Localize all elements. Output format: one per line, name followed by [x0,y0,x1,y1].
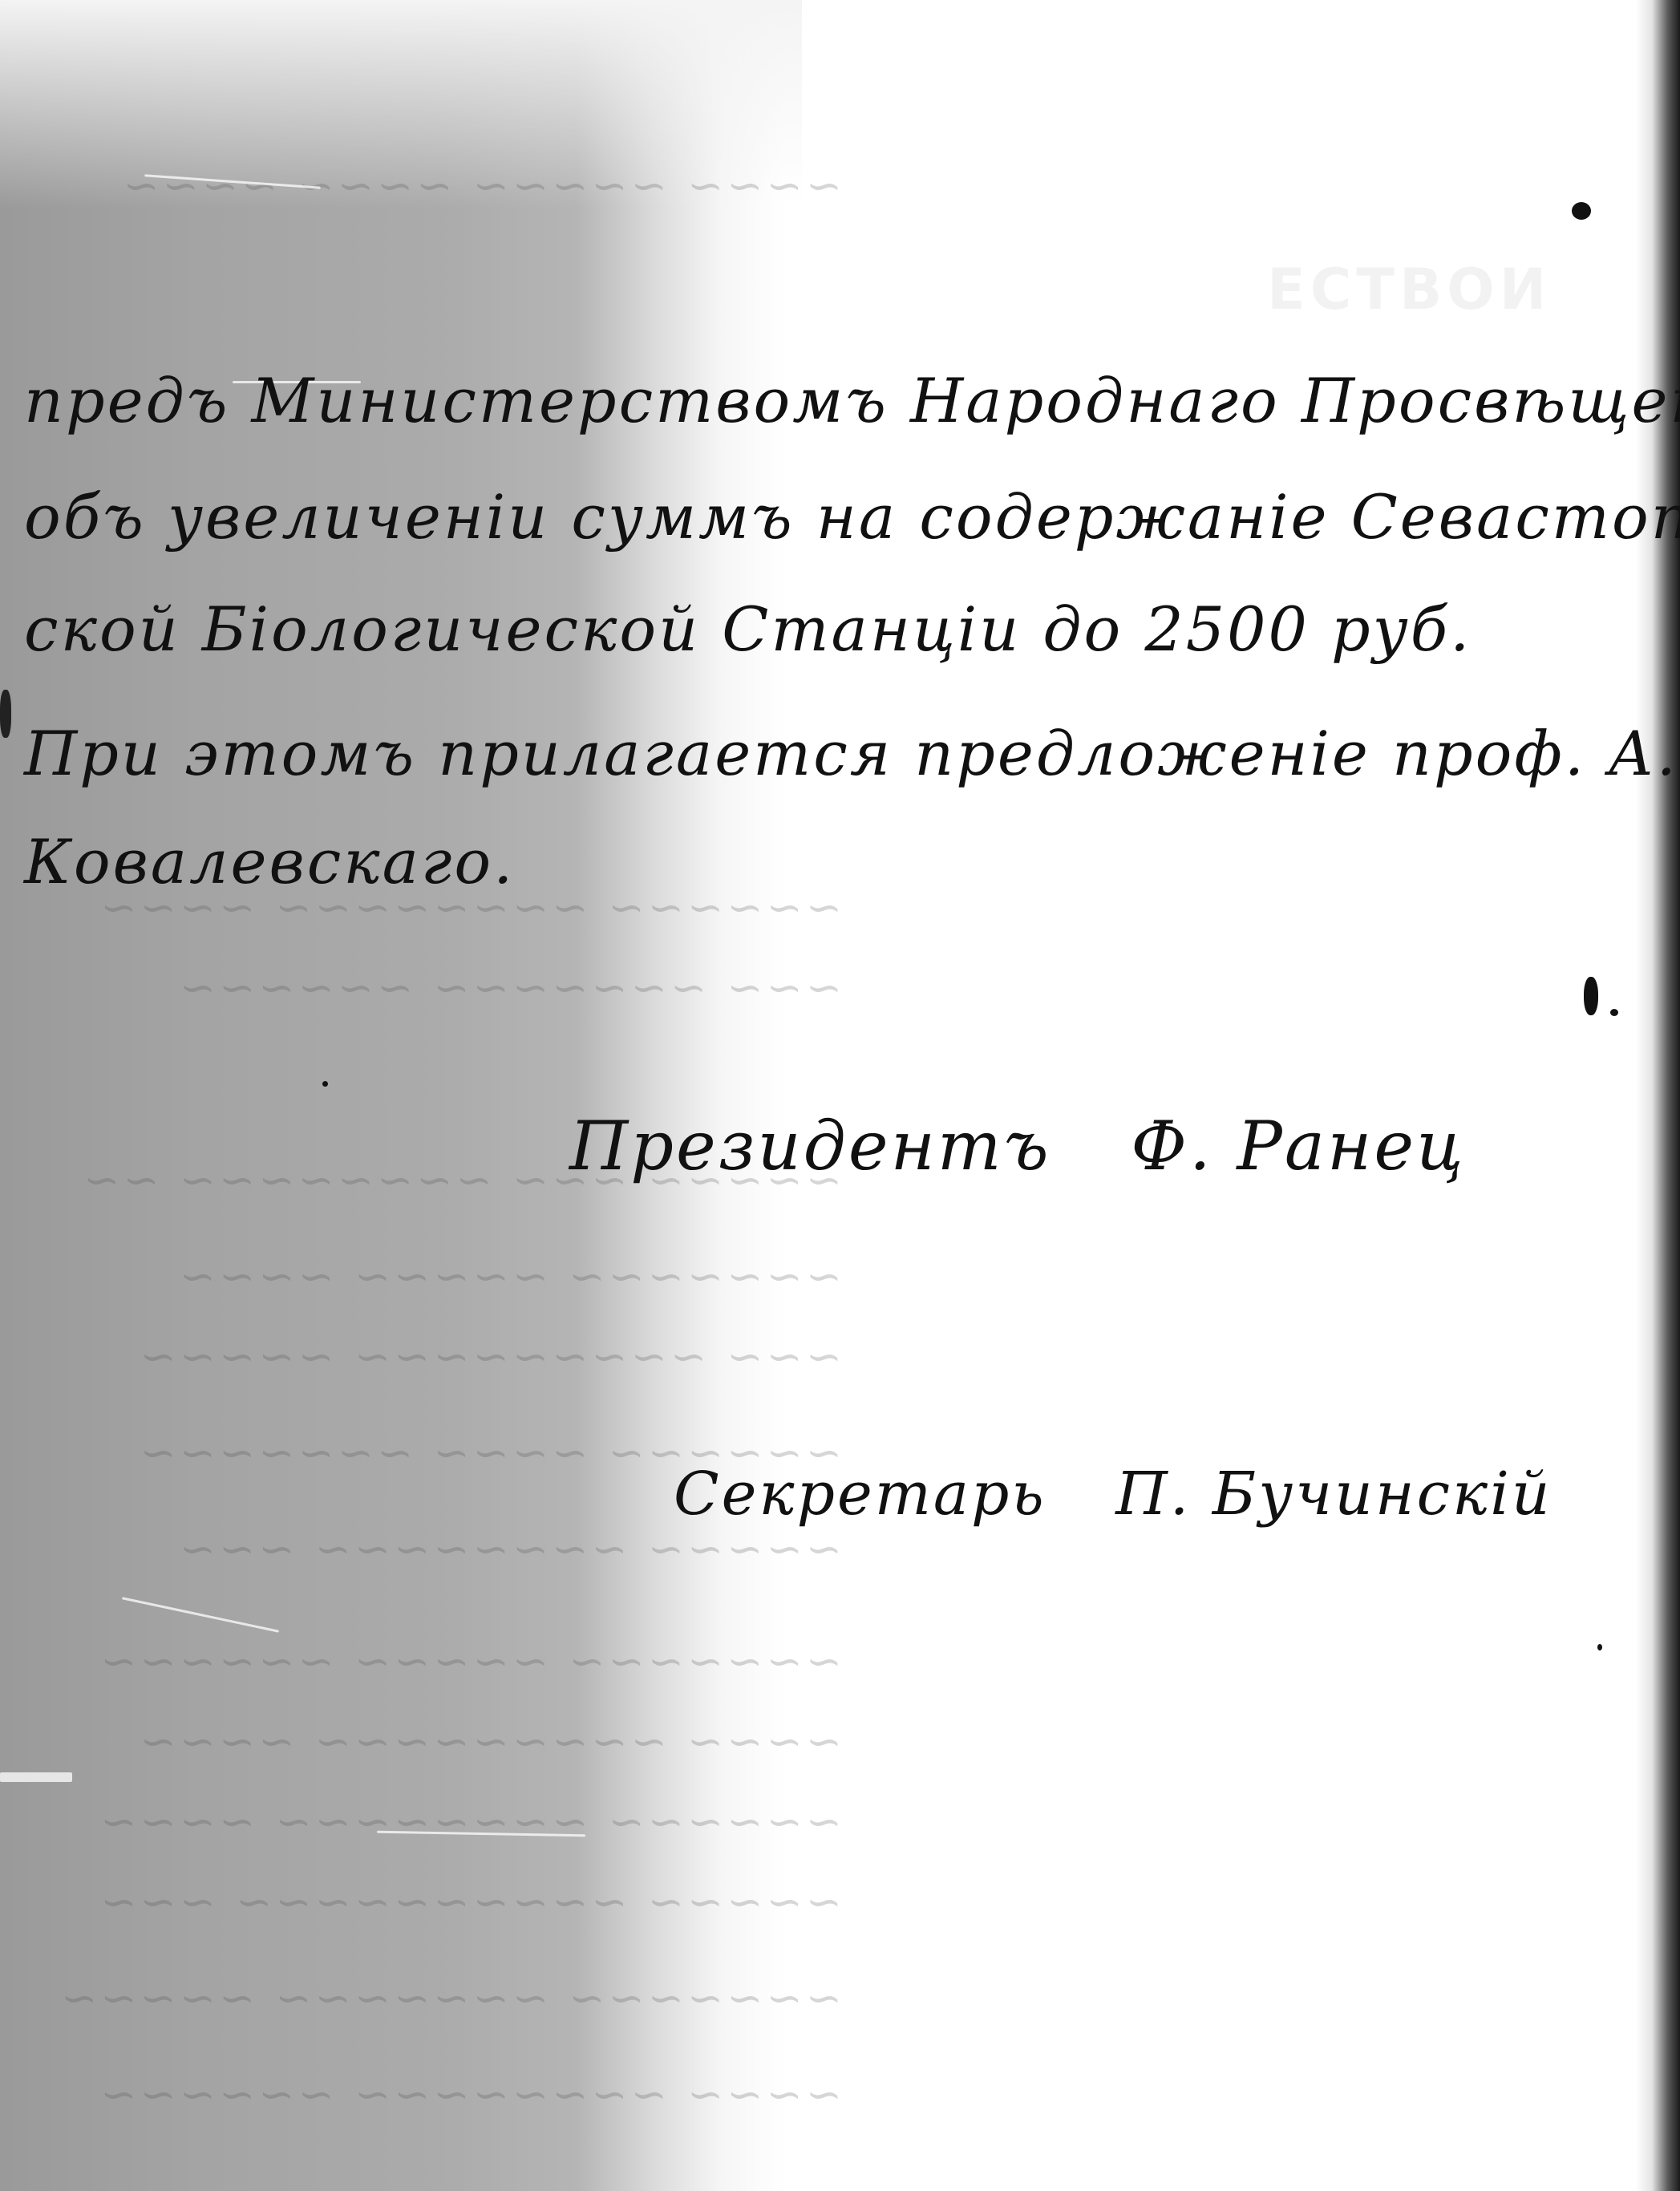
body-line-5: Ковалевскаго. [24,826,515,897]
ink-blot [1610,1009,1618,1016]
scratch-mark [122,1597,279,1633]
body-line-3: ской Біологической Станціи до 2500 руб. [24,593,1472,665]
ink-blot [1597,1644,1602,1650]
bleed-through-text: ~~~~~ ~~~~~~~~~~ ~~~ [0,1877,842,1927]
body-line-4: При этомъ прилагается предложеніе проф. … [24,718,1680,789]
bleed-through-text: ~~~ ~~~~~~~~~ ~~~~~ [0,1331,842,1382]
secretary-name: П. Бучинскій [1115,1460,1552,1529]
bleed-through-text: ~~~~~~~ ~~~~~ ~~~~ [0,1251,842,1302]
bleed-through-text: ~~~~~~~ ~~~~~~~ ~~~~~ [0,1973,842,2023]
secretary-title: Секретарь [674,1460,1046,1529]
ink-blot [0,690,11,738]
president-signature: Президентъ Ф. Ранец [569,1107,1466,1185]
ink-blot [322,1081,328,1087]
bleed-through-text: ~~~~~~~ ~~~~~ ~~~~~~ [0,1636,842,1687]
president-name: Ф. Ранец [1131,1107,1465,1185]
body-line-2: объ увеличеніи суммъ на содержаніе Севас… [24,481,1680,553]
bleed-through-text: ~~~~~~ ~~~~~~~~ ~~~~ [0,1796,842,1847]
secretary-signature: Секретарь П. Бучинскій [674,1460,1552,1529]
scanned-document-page: ~~~~ ~~~~~ ~~~~ ~~~~ ~~~~~~ ~~~~~~~~ ~~~… [0,0,1680,2191]
bleed-through-text: ~~~~~ ~~~~~~~~ ~~~ [0,1524,842,1574]
bleed-through-text: ~~~~ ~~~~~ ~~~~ ~~~~ [0,160,842,211]
bleed-through-text: ~~~~ ~~~~~~~~ ~~~~~~ [0,2069,842,2120]
ink-blot [1584,977,1598,1015]
scratch-mark [0,1772,72,1782]
body-line-1: предъ Министерствомъ Народнаго Просвѣщен… [24,365,1680,436]
faint-stamp-text: ЕСТВОИ [1267,257,1551,322]
bleed-through-text: ~~~~ ~~~~~~~~~ ~~~~ [0,1716,842,1767]
bleed-through-text: ~~~ ~~~~~~~ ~~~~~~ [0,962,842,1013]
ink-blot [1572,202,1591,220]
president-title: Президентъ [569,1107,1051,1185]
